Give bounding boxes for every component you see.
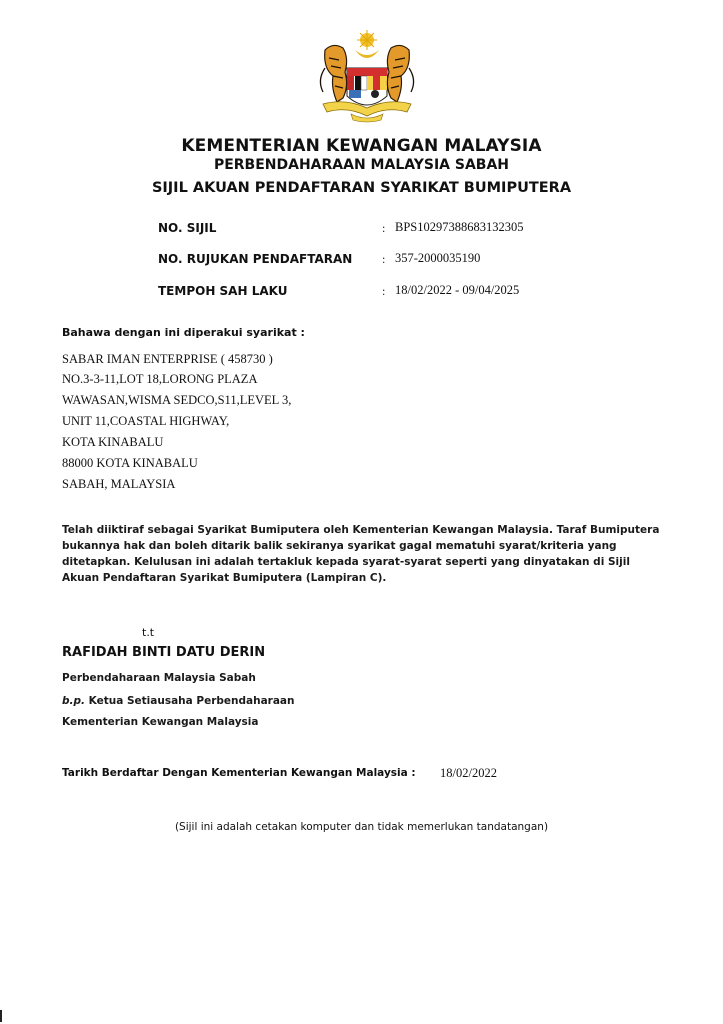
address-line: NO.3-3-11,LOT 18,LORONG PLAZA (62, 369, 257, 389)
validity-period-value: 18/02/2022 - 09/04/2025 (395, 283, 519, 298)
ministry-title: KEMENTERIAN KEWANGAN MALAYSIA (0, 136, 723, 156)
address-line: UNIT 11,COASTAL HIGHWAY, (62, 411, 229, 431)
validity-period-label: TEMPOH SAH LAKU (158, 284, 287, 298)
signatory-position: Ketua Setiausaha Perbendaharaan (89, 695, 295, 707)
address-line: WAWASAN,WISMA SEDCO,S11,LEVEL 3, (62, 390, 291, 410)
behalf-prefix: b.p. (62, 695, 85, 707)
registration-date-label: Tarikh Berdaftar Dengan Kementerian Kewa… (62, 767, 416, 779)
signatory-ministry: Kementerian Kewangan Malaysia (62, 716, 259, 728)
certificate-number-value: BPS10297388683132305 (395, 220, 524, 235)
company-name: SABAR IMAN ENTERPRISE ( 458730 ) (62, 349, 273, 369)
signatory-name: RAFIDAH BINTI DATU DERIN (62, 645, 265, 660)
colon: : (382, 221, 385, 236)
certificate-number-label: NO. SIJIL (158, 221, 216, 235)
colon: : (382, 252, 385, 267)
address-line: SABAH, MALAYSIA (62, 474, 175, 494)
scan-artifact (0, 1010, 2, 1022)
signed-marker: t.t (142, 626, 154, 639)
treasury-subtitle: PERBENDAHARAAN MALAYSIA SABAH (0, 157, 723, 173)
computer-generated-note: (Sijil ini adalah cetakan komputer dan t… (0, 821, 723, 833)
registration-reference-label: NO. RUJUKAN PENDAFTARAN (158, 252, 352, 266)
address-line: 88000 KOTA KINABALU (62, 453, 198, 473)
certificate-title: SIJIL AKUAN PENDAFTARAN SYARIKAT BUMIPUT… (0, 180, 723, 196)
registration-reference-value: 357-2000035190 (395, 251, 480, 266)
colon: : (382, 284, 385, 299)
signatory-office: Perbendaharaan Malaysia Sabah (62, 672, 256, 684)
registration-date-value: 18/02/2022 (440, 766, 497, 781)
address-line: KOTA KINABALU (62, 432, 163, 452)
signatory-behalf: b.p. Ketua Setiausaha Perbendaharaan (62, 695, 295, 707)
certification-intro: Bahawa dengan ini diperakui syarikat : (62, 326, 305, 339)
recognition-statement: Telah diiktiraf sebagai Syarikat Bumiput… (62, 522, 667, 586)
malaysia-coat-of-arms-icon (315, 28, 419, 124)
